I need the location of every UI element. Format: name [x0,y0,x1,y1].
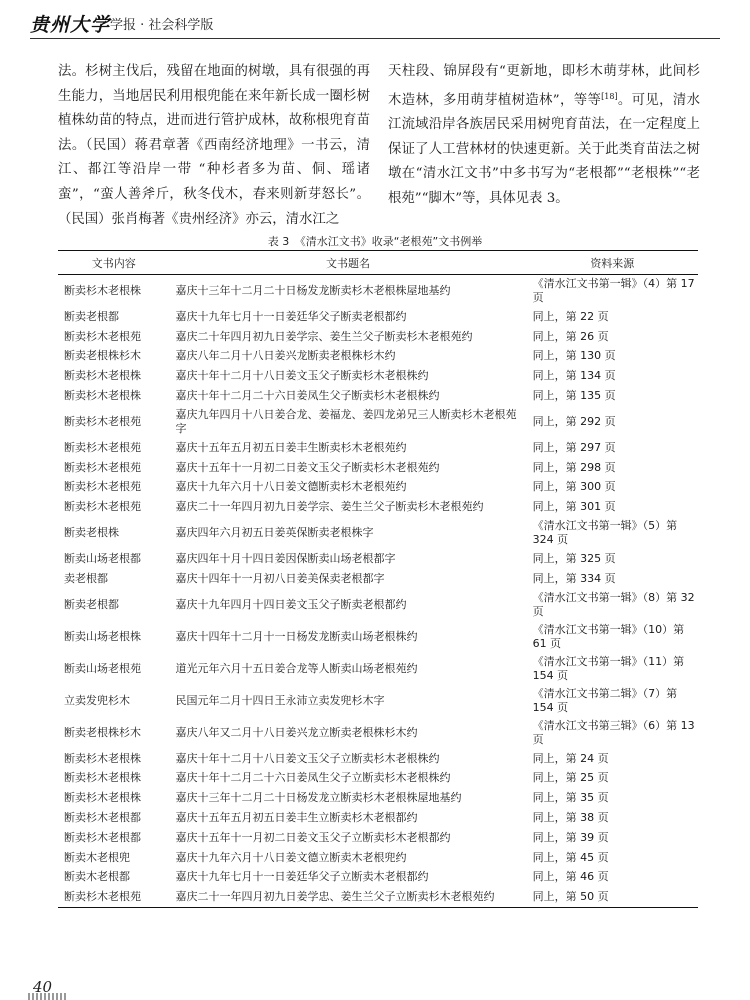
citation-ref: [18] [601,92,617,101]
cell-title: 嘉庆八年又二月十八日姜兴龙立断卖老根株杉木约 [169,717,526,749]
table-row: 断卖木老根兜嘉庆十九年六月十八日姜文德立断卖木老根兜约同上，第 45 页 [58,848,698,868]
cell-content: 断卖山场老根苑 [58,653,169,685]
cell-content: 断卖老根株杉木 [58,717,169,749]
table-row: 断卖杉木老根株嘉庆十三年十二月二十日杨发龙立断卖杉木老根株屋地基约同上，第 35… [58,788,698,808]
table-row: 断卖山场老根株嘉庆十四年十二月十一日杨发龙断卖山场老根株约《清水江文书第一辑》（… [58,621,698,653]
cell-source: 同上，第 292 页 [527,406,698,438]
table-row: 断卖杉木老根株嘉庆十年十二月二十六日姜凤生父子立断卖杉木老根株约同上，第 25 … [58,769,698,789]
cell-content: 断卖老根株杉木 [58,347,169,367]
cell-source: 同上，第 38 页 [527,808,698,828]
cell-content: 断卖杉木老根苑 [58,406,169,438]
cell-title: 道光元年六月十五日姜合龙等人断卖山场老根苑约 [169,653,526,685]
cell-title: 嘉庆十九年七月十一日姜廷华父子立断卖木老根都约 [169,868,526,888]
table-row: 卖老根都嘉庆十四年十一月初八日姜美保卖老根都字同上，第 334 页 [58,569,698,589]
table-row: 断卖山场老根都嘉庆四年十月十四日姜因保断卖山场老根都字同上，第 325 页 [58,549,698,569]
cell-content: 断卖杉木老根株 [58,386,169,406]
table-body: 断卖杉木老根株嘉庆十三年十二月二十日杨发龙断卖杉木老根株屋地基约《清水江文书第一… [58,275,698,908]
cell-source: 同上，第 24 页 [527,749,698,769]
table-row: 断卖杉木老根都嘉庆十五年五月初五日姜丰生立断卖杉木老根都约同上，第 38 页 [58,808,698,828]
table-row: 断卖杉木老根株嘉庆十年十二月十八日姜文玉父子断卖杉木老根株约同上，第 134 页 [58,366,698,386]
cell-title: 嘉庆十年十二月十八日姜文玉父子断卖杉木老根株约 [169,366,526,386]
cell-title: 嘉庆十五年十一月初二日姜文玉父子断卖杉木老根苑约 [169,458,526,478]
cell-content: 立卖发兜杉木 [58,685,169,717]
table-caption: 表 3 《清水江文书》收录“老根苑”文书例举 [0,233,750,249]
cell-source: 同上，第 297 页 [527,438,698,458]
cell-content: 断卖山场老根株 [58,621,169,653]
cell-content: 断卖杉木老根株 [58,366,169,386]
cell-title: 民国元年二月十四日王永沛立卖发兜杉木字 [169,685,526,717]
cell-content: 断卖杉木老根株 [58,275,169,308]
cell-source: 《清水江文书第一辑》（8）第 32 页 [527,589,698,621]
cell-title: 嘉庆二十一年四月初九日姜学忠、姜生兰父子立断卖杉木老根苑约 [169,887,526,907]
cell-content: 断卖杉木老根苑 [58,327,169,347]
cell-source: 《清水江文书第二辑》（7）第 154 页 [527,685,698,717]
cell-content: 断卖老根株 [58,517,169,549]
cell-source: 同上，第 300 页 [527,478,698,498]
table-row: 断卖山场老根苑道光元年六月十五日姜合龙等人断卖山场老根苑约《清水江文书第一辑》（… [58,653,698,685]
cell-source: 同上，第 25 页 [527,769,698,789]
cell-title: 嘉庆二十一年四月初九日姜学宗、姜生兰父子断卖杉木老根苑约 [169,497,526,517]
table-row: 断卖老根都嘉庆十九年四月十四日姜文玉父子断卖老根都约《清水江文书第一辑》（8）第… [58,589,698,621]
cell-title: 嘉庆十年十二月二十六日姜凤生父子立断卖杉木老根株约 [169,769,526,789]
cell-content: 断卖山场老根都 [58,549,169,569]
table-row: 断卖杉木老根株嘉庆十年十二月二十六日姜凤生父子断卖杉木老根株约同上，第 135 … [58,386,698,406]
table-row: 断卖杉木老根都嘉庆十五年十一月初二日姜文玉父子立断卖杉木老根都约同上，第 39 … [58,828,698,848]
cell-title: 嘉庆九年四月十八日姜合龙、姜福龙、姜四龙弟兄三人断卖杉木老根苑字 [169,406,526,438]
table-row: 断卖老根株杉木嘉庆八年二月十八日姜兴龙断卖老根株杉木约同上，第 130 页 [58,347,698,367]
cell-title: 嘉庆十年十二月二十六日姜凤生父子断卖杉木老根株约 [169,386,526,406]
left-column: 法。杉树主伐后，残留在地面的树墩，具有很强的再生能力，当地居民利用根兜能在来年新… [58,60,370,232]
right-column: 天柱段、锦屏段有“更新地，即杉木萌芽林，此间杉木造林，多用萌芽植树造林”，等等[… [388,60,700,212]
cell-title: 嘉庆二十年四月初九日姜学宗、姜生兰父子断卖杉木老根苑约 [169,327,526,347]
cell-source: 同上，第 50 页 [527,887,698,907]
table-row: 断卖杉木老根苑嘉庆二十一年四月初九日姜学忠、姜生兰父子立断卖杉木老根苑约同上，第… [58,887,698,907]
cell-source: 同上，第 45 页 [527,848,698,868]
table-row: 断卖老根都嘉庆十九年七月十一日姜廷华父子断卖老根都约同上，第 22 页 [58,307,698,327]
right-column-paragraph: 天柱段、锦屏段有“更新地，即杉木萌芽林，此间杉木造林，多用萌芽植树造林”，等等[… [388,60,700,212]
header-source: 资料来源 [527,251,698,275]
cell-content: 断卖杉木老根株 [58,749,169,769]
cell-title: 嘉庆十五年十一月初二日姜文玉父子立断卖杉木老根都约 [169,828,526,848]
cell-content: 断卖杉木老根都 [58,808,169,828]
right-text-part2: 。可见，清水江流域沿岸各族居民采用树兜育苗法，在一定程度上保证了人工营林材的快速… [388,93,700,206]
cell-source: 《清水江文书第三辑》（6）第 13 页 [527,717,698,749]
cell-content: 断卖杉木老根苑 [58,887,169,907]
table-row: 断卖老根株嘉庆四年六月初五日姜英保断卖老根株字《清水江文书第一辑》（5）第 32… [58,517,698,549]
table-row: 断卖杉木老根苑嘉庆十五年十一月初二日姜文玉父子断卖杉木老根苑约同上，第 298 … [58,458,698,478]
cell-title: 嘉庆十九年六月十八日姜文德立断卖木老根兜约 [169,848,526,868]
cell-source: 同上，第 298 页 [527,458,698,478]
table-row: 断卖杉木老根苑嘉庆十九年六月十八日姜文德断卖杉木老根苑约同上，第 300 页 [58,478,698,498]
cell-source: 《清水江文书第一辑》（4）第 17 页 [527,275,698,308]
header-rule [30,38,720,39]
table-row: 断卖杉木老根苑嘉庆九年四月十八日姜合龙、姜福龙、姜四龙弟兄三人断卖杉木老根苑字同… [58,406,698,438]
cell-content: 断卖杉木老根苑 [58,478,169,498]
cell-source: 同上，第 334 页 [527,569,698,589]
cell-source: 同上，第 325 页 [527,549,698,569]
cell-title: 嘉庆十三年十二月二十日杨发龙断卖杉木老根株屋地基约 [169,275,526,308]
table-row: 立卖发兜杉木民国元年二月十四日王永沛立卖发兜杉木字《清水江文书第二辑》（7）第 … [58,685,698,717]
cell-source: 同上，第 39 页 [527,828,698,848]
cell-title: 嘉庆十四年十二月十一日杨发龙断卖山场老根株约 [169,621,526,653]
cell-source: 同上，第 22 页 [527,307,698,327]
left-column-paragraph: 法。杉树主伐后，残留在地面的树墩，具有很强的再生能力，当地居民利用根兜能在来年新… [58,60,370,232]
cell-content: 断卖杉木老根都 [58,828,169,848]
header-content: 文书内容 [58,251,169,275]
cell-title: 嘉庆十三年十二月二十日杨发龙立断卖杉木老根株屋地基约 [169,788,526,808]
cell-source: 《清水江文书第一辑》（11）第 154 页 [527,653,698,685]
cell-title: 嘉庆十九年六月十八日姜文德断卖杉木老根苑约 [169,478,526,498]
cell-source: 同上，第 35 页 [527,788,698,808]
table-header-row: 文书内容 文书题名 资料来源 [58,251,698,275]
cell-title: 嘉庆八年二月十八日姜兴龙断卖老根株杉木约 [169,347,526,367]
table-row: 断卖杉木老根株嘉庆十年十二月十八日姜文玉父子立断卖杉木老根株约同上，第 24 页 [58,749,698,769]
cell-title: 嘉庆十四年十一月初八日姜美保卖老根都字 [169,569,526,589]
table-row: 断卖杉木老根苑嘉庆二十一年四月初九日姜学宗、姜生兰父子断卖杉木老根苑约同上，第 … [58,497,698,517]
cell-source: 《清水江文书第一辑》（5）第 324 页 [527,517,698,549]
cell-title: 嘉庆四年十月十四日姜因保断卖山场老根都字 [169,549,526,569]
cell-content: 断卖木老根都 [58,868,169,888]
table-row: 断卖老根株杉木嘉庆八年又二月十八日姜兴龙立断卖老根株杉木约《清水江文书第三辑》（… [58,717,698,749]
cell-title: 嘉庆十五年五月初五日姜丰生断卖杉木老根苑约 [169,438,526,458]
journal-name: 学报 · 社会科学版 [110,14,213,33]
cell-source: 同上，第 46 页 [527,868,698,888]
footer-decoration [28,993,66,1000]
cell-content: 断卖杉木老根苑 [58,497,169,517]
page-header: 贵州大学 学报 · 社会科学版 [30,8,720,36]
cell-title: 嘉庆四年六月初五日姜英保断卖老根株字 [169,517,526,549]
cell-content: 断卖老根都 [58,589,169,621]
cell-content: 断卖杉木老根株 [58,788,169,808]
table-row: 断卖木老根都嘉庆十九年七月十一日姜廷华父子立断卖木老根都约同上，第 46 页 [58,868,698,888]
documents-table: 文书内容 文书题名 资料来源 断卖杉木老根株嘉庆十三年十二月二十日杨发龙断卖杉木… [58,250,698,908]
cell-title: 嘉庆十九年七月十一日姜廷华父子断卖老根都约 [169,307,526,327]
cell-content: 断卖木老根兜 [58,848,169,868]
header-title: 文书题名 [169,251,526,275]
table-row: 断卖杉木老根株嘉庆十三年十二月二十日杨发龙断卖杉木老根株屋地基约《清水江文书第一… [58,275,698,308]
cell-source: 同上，第 26 页 [527,327,698,347]
table-row: 断卖杉木老根苑嘉庆二十年四月初九日姜学宗、姜生兰父子断卖杉木老根苑约同上，第 2… [58,327,698,347]
cell-title: 嘉庆十九年四月十四日姜文玉父子断卖老根都约 [169,589,526,621]
cell-content: 断卖老根都 [58,307,169,327]
journal-logo: 贵州大学 [30,10,110,37]
cell-title: 嘉庆十五年五月初五日姜丰生立断卖杉木老根都约 [169,808,526,828]
cell-source: 同上，第 301 页 [527,497,698,517]
cell-content: 断卖杉木老根株 [58,769,169,789]
cell-content: 卖老根都 [58,569,169,589]
cell-source: 同上，第 130 页 [527,347,698,367]
cell-title: 嘉庆十年十二月十八日姜文玉父子立断卖杉木老根株约 [169,749,526,769]
cell-content: 断卖杉木老根苑 [58,438,169,458]
table-row: 断卖杉木老根苑嘉庆十五年五月初五日姜丰生断卖杉木老根苑约同上，第 297 页 [58,438,698,458]
cell-content: 断卖杉木老根苑 [58,458,169,478]
cell-source: 同上，第 135 页 [527,386,698,406]
cell-source: 同上，第 134 页 [527,366,698,386]
cell-source: 《清水江文书第一辑》（10）第 61 页 [527,621,698,653]
